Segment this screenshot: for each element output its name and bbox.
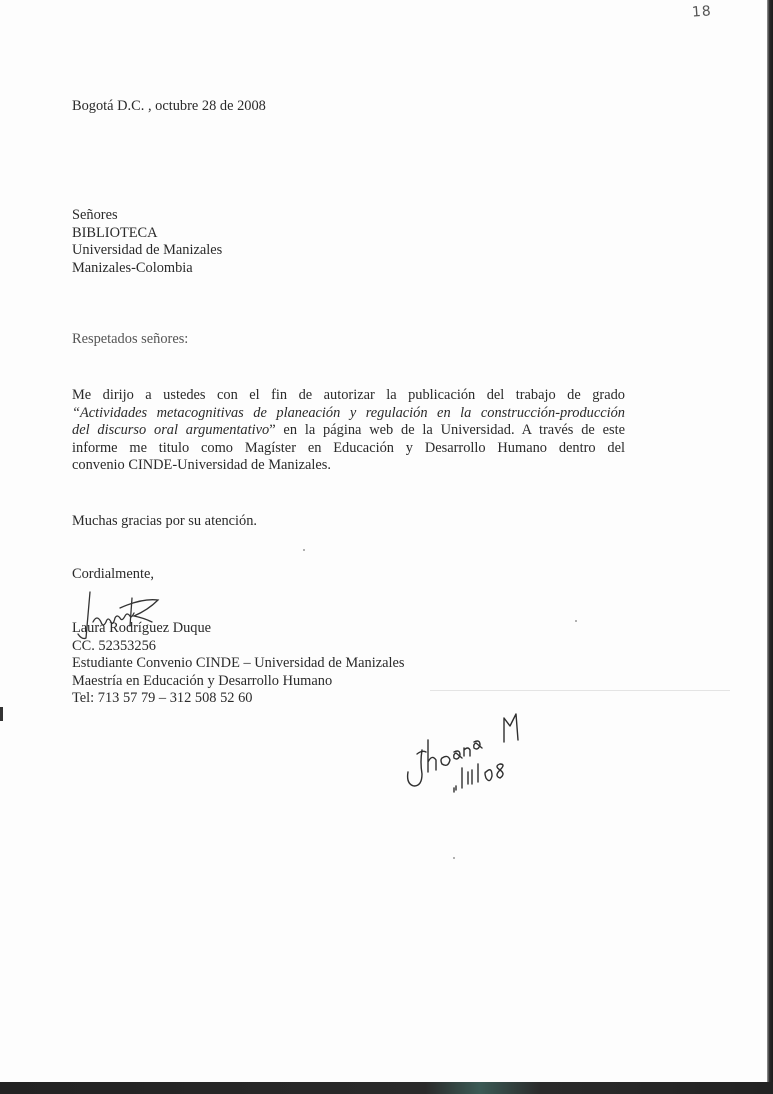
body-line: informe me titulo como Magíster en Educa… xyxy=(72,440,625,458)
scan-border-bottom xyxy=(0,1082,773,1094)
scan-edge-mark xyxy=(0,707,3,721)
body-text: ” en la página web de la Universidad. A … xyxy=(269,422,625,438)
closing-line: Cordialmente, xyxy=(72,566,154,584)
body-line: del discurso oral argumentativo” en la p… xyxy=(72,422,625,440)
page-number: 18 xyxy=(691,3,712,20)
scan-speck xyxy=(575,620,577,622)
body-line: “Actividades metacognitivas de planeació… xyxy=(72,405,625,423)
recipient-address: Señores BIBLIOTECA Universidad de Maniza… xyxy=(72,207,222,277)
body-paragraph: Me dirijo a ustedes con el fin de autori… xyxy=(72,387,625,475)
scan-artifact xyxy=(430,690,730,691)
thesis-title: “Actividades metacognitivas de planeació… xyxy=(72,405,625,421)
recipient-line: BIBLIOTECA xyxy=(72,225,222,243)
signer-program: Maestría en Educación y Desarrollo Human… xyxy=(72,673,405,691)
signer-name: Laura Rodríguez Duque xyxy=(72,620,405,638)
handwritten-annotation: Jhoana M xyxy=(392,712,542,807)
signer-block: Laura Rodríguez Duque CC. 52353256 Estud… xyxy=(72,620,405,708)
salutation: Respetados señores: xyxy=(72,331,188,349)
thanks-line: Muchas gracias por su atención. xyxy=(72,513,257,531)
recipient-line: Manizales-Colombia xyxy=(72,260,222,278)
scan-border-right xyxy=(767,0,773,1094)
letter-date: Bogotá D.C. , octubre 28 de 2008 xyxy=(72,98,266,116)
scan-speck xyxy=(453,857,455,859)
signer-phone: Tel: 713 57 79 – 312 508 52 60 xyxy=(72,690,405,708)
signer-id: CC. 52353256 xyxy=(72,638,405,656)
body-line: convenio CINDE-Universidad de Manizales. xyxy=(72,457,625,475)
scanned-page: 18 Bogotá D.C. , octubre 28 de 2008 Seño… xyxy=(0,0,767,1082)
recipient-line: Señores xyxy=(72,207,222,225)
thesis-title: del discurso oral argumentativo xyxy=(72,422,269,438)
signer-role: Estudiante Convenio CINDE – Universidad … xyxy=(72,655,405,673)
recipient-line: Universidad de Manizales xyxy=(72,242,222,260)
scan-speck xyxy=(303,549,305,551)
body-line: Me dirijo a ustedes con el fin de autori… xyxy=(72,387,625,405)
